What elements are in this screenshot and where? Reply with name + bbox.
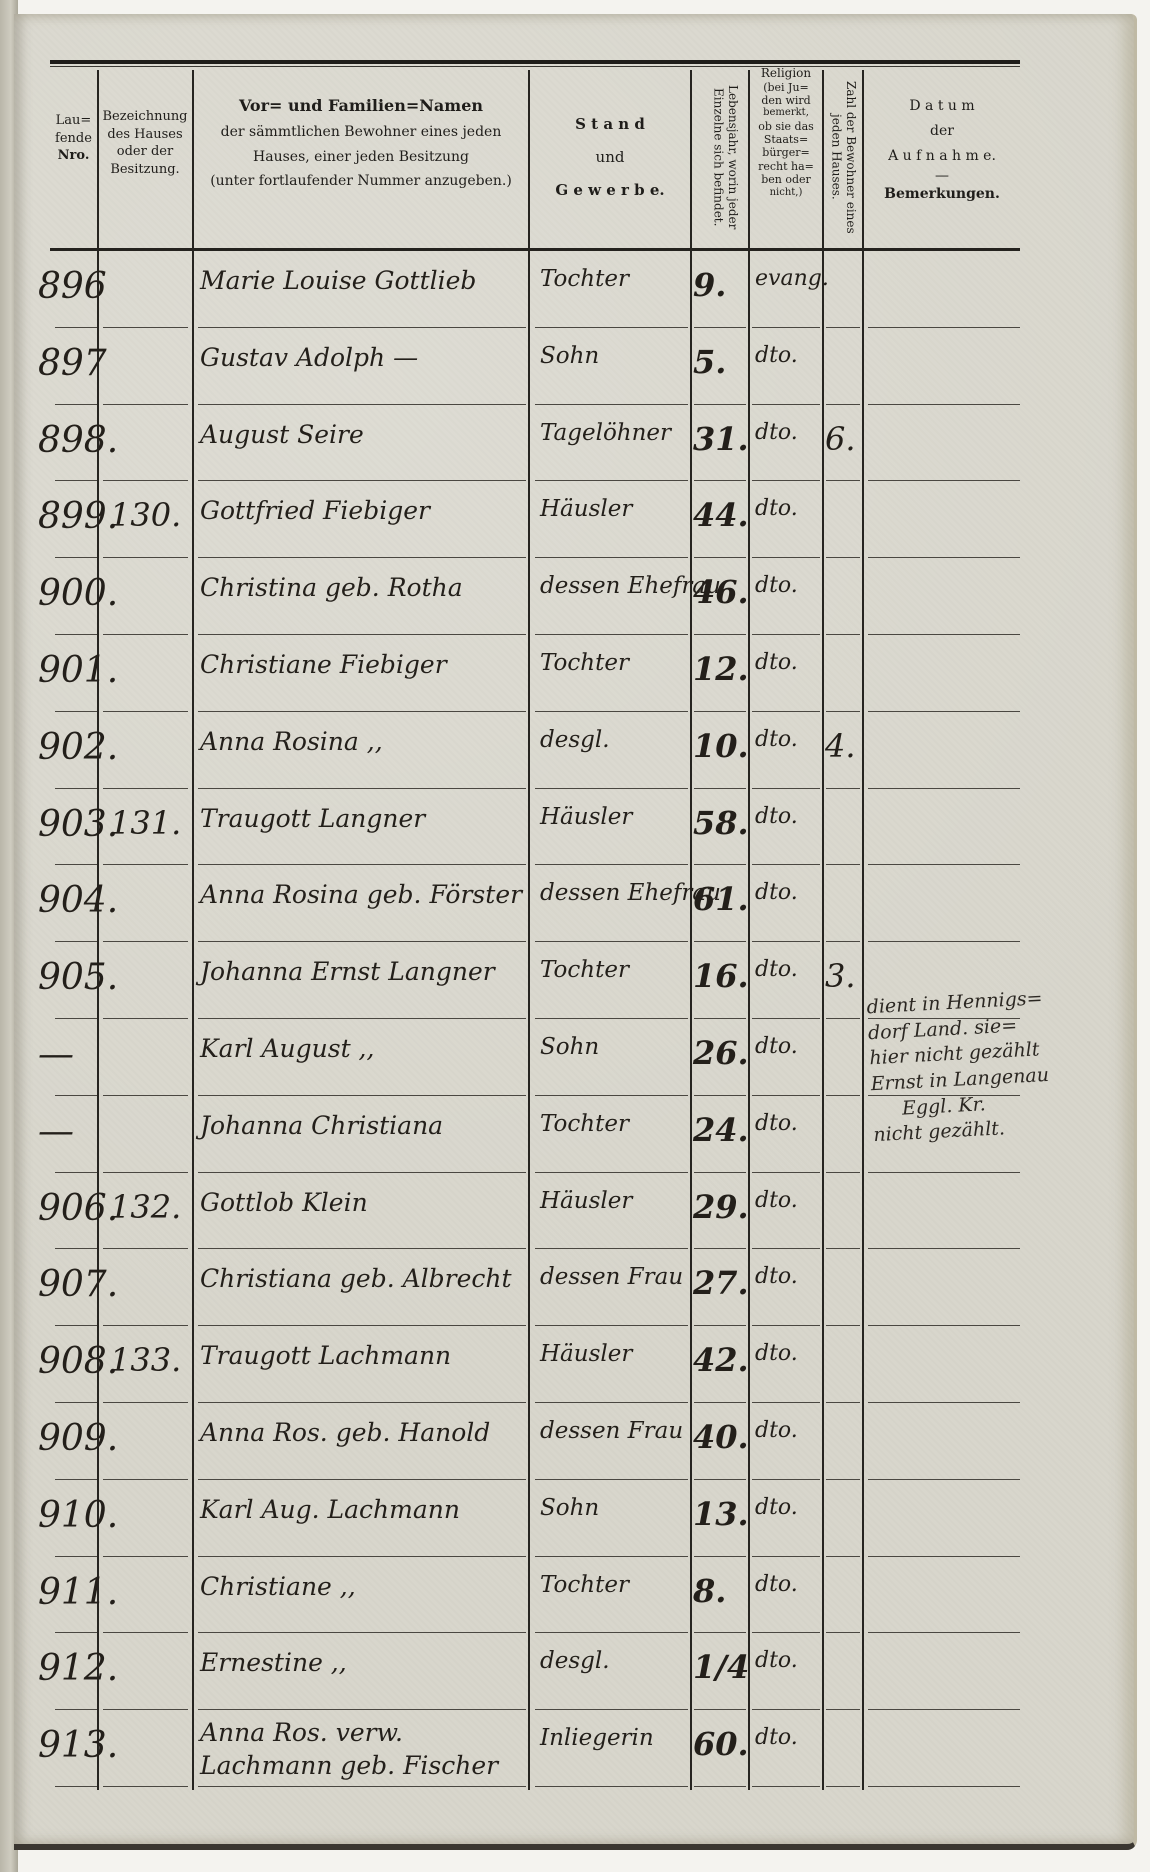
row-rule	[868, 1556, 1020, 1557]
row-rule	[198, 1786, 526, 1787]
occupation: Tochter	[540, 266, 690, 292]
resident-name: Christiana geb. Albrecht	[200, 1264, 525, 1293]
row-number: 913.	[38, 1725, 98, 1766]
header-namen: Vor= und Familien=Namen der sämmtlichen …	[194, 92, 528, 194]
occupation: Inliegerin	[540, 1725, 690, 1751]
row-rule	[103, 1632, 188, 1633]
row-rule	[103, 788, 188, 789]
row-number: 902.	[38, 727, 98, 768]
row-rule	[752, 327, 820, 328]
row-rule	[868, 634, 1020, 635]
row-rule	[826, 1095, 860, 1096]
occupation: dessen Frau	[540, 1418, 690, 1444]
row-rule	[198, 1632, 526, 1633]
age: 13.	[693, 1495, 748, 1533]
resident-name: Anna Ros. geb. Hanold	[200, 1418, 525, 1447]
row-rule	[55, 941, 97, 942]
row-rule	[752, 1248, 820, 1249]
row-rule	[694, 1248, 746, 1249]
resident-name: Johanna Ernst Langner	[200, 957, 525, 986]
header-lebensjahr: Lebensjahr, worin jeder Einzelne sich be…	[700, 68, 740, 246]
resident-name: Christiane Fiebiger	[200, 650, 525, 679]
age: 16.	[693, 957, 748, 995]
occupation: Tochter	[540, 957, 690, 983]
row-rule	[55, 634, 97, 635]
row-rule	[535, 327, 688, 328]
occupation: Tochter	[540, 1572, 690, 1598]
remarks-note: dient in Hennigs= dorf Land. sie= hier n…	[866, 985, 1074, 1149]
row-rule	[868, 864, 1020, 865]
row-rule	[535, 634, 688, 635]
row-rule	[868, 557, 1020, 558]
row-rule	[826, 1402, 860, 1403]
religion: dto.	[755, 1725, 825, 1750]
row-rule	[103, 404, 188, 405]
resident-name: Johanna Christiana	[200, 1111, 525, 1140]
occupation: Sohn	[540, 1034, 690, 1060]
resident-name: Karl August ,,	[200, 1034, 525, 1063]
row-rule	[55, 1556, 97, 1557]
row-rule	[868, 1402, 1020, 1403]
row-rule	[826, 1709, 860, 1710]
resident-name: Marie Louise Gottlieb	[200, 266, 525, 295]
age: 46.	[693, 573, 748, 611]
occupation: Tochter	[540, 650, 690, 676]
row-rule	[694, 1632, 746, 1633]
age: 42.	[693, 1341, 748, 1379]
row-rule	[826, 711, 860, 712]
row-number: —	[38, 1111, 98, 1152]
row-rule	[826, 864, 860, 865]
row-rule	[55, 1018, 97, 1019]
row-rule	[694, 711, 746, 712]
house-number: 131.	[110, 804, 190, 842]
row-number: 900.	[38, 573, 98, 614]
age: 29.	[693, 1188, 748, 1226]
row-rule	[868, 1786, 1020, 1787]
row-rule	[752, 1556, 820, 1557]
row-rule	[103, 1172, 188, 1173]
religion: dto.	[755, 1034, 825, 1059]
row-rule	[103, 1479, 188, 1480]
row-rule	[868, 1172, 1020, 1173]
resident-name: Gottfried Fiebiger	[200, 496, 525, 525]
row-rule	[198, 1556, 526, 1557]
row-rule	[826, 941, 860, 942]
row-rule	[55, 1325, 97, 1326]
occupation: Häusler	[540, 804, 690, 830]
row-rule	[55, 480, 97, 481]
row-rule	[868, 1248, 1020, 1249]
row-rule	[826, 1325, 860, 1326]
age: 27.	[693, 1264, 748, 1302]
row-rule	[55, 557, 97, 558]
row-rule	[694, 1479, 746, 1480]
row-number: 906.	[38, 1188, 98, 1229]
row-rule	[694, 634, 746, 635]
row-rule	[535, 1479, 688, 1480]
row-rule	[55, 864, 97, 865]
row-rule	[826, 404, 860, 405]
row-rule	[55, 404, 97, 405]
occupation: dessen Ehefrau	[540, 573, 690, 599]
occupation: Häusler	[540, 1188, 690, 1214]
religion: dto.	[755, 1648, 825, 1673]
religion: dto.	[755, 880, 825, 905]
row-rule	[535, 1018, 688, 1019]
resident-name: Karl Aug. Lachmann	[200, 1495, 525, 1524]
row-rule	[826, 557, 860, 558]
header-haus: Bezeichnung des Hauses oder der Besitzun…	[98, 108, 192, 178]
resident-name: Christina geb. Rotha	[200, 573, 525, 602]
occupation: desgl.	[540, 727, 690, 753]
row-rule	[535, 1248, 688, 1249]
occupation: Tochter	[540, 1111, 690, 1137]
row-number: 903.	[38, 804, 98, 845]
row-rule	[868, 711, 1020, 712]
row-rule	[752, 864, 820, 865]
row-rule	[55, 1172, 97, 1173]
row-number: 898.	[38, 420, 98, 461]
row-rule	[694, 1556, 746, 1557]
row-rule	[826, 1018, 860, 1019]
row-rule	[55, 327, 97, 328]
header-religion: Religion (bei Ju= den wird bemerkt, ob s…	[750, 66, 822, 199]
resident-name: Traugott Lachmann	[200, 1341, 525, 1370]
row-rule	[826, 634, 860, 635]
row-rule	[694, 480, 746, 481]
row-rule	[868, 404, 1020, 405]
row-rule	[694, 864, 746, 865]
row-rule	[198, 557, 526, 558]
age: 31.	[693, 420, 748, 458]
row-rule	[103, 1786, 188, 1787]
age: 1/4	[693, 1648, 748, 1686]
col-divider-haus	[192, 70, 194, 1790]
household-count: 6.	[825, 420, 860, 458]
row-rule	[198, 1479, 526, 1480]
age: 26.	[693, 1034, 748, 1072]
row-number: 896	[38, 266, 98, 307]
row-rule	[103, 1018, 188, 1019]
age: 24.	[693, 1111, 748, 1149]
row-rule	[103, 1095, 188, 1096]
row-rule	[752, 711, 820, 712]
row-number: 907.	[38, 1264, 98, 1305]
row-rule	[868, 327, 1020, 328]
age: 5.	[693, 343, 748, 381]
house-number: 133.	[110, 1341, 190, 1379]
religion: dto.	[755, 1418, 825, 1443]
row-rule	[535, 1786, 688, 1787]
row-rule	[55, 1709, 97, 1710]
row-rule	[535, 1556, 688, 1557]
row-rule	[55, 1402, 97, 1403]
row-rule	[752, 1402, 820, 1403]
header-bottom-rule	[50, 248, 1020, 251]
row-rule	[752, 1095, 820, 1096]
row-rule	[55, 1248, 97, 1249]
religion: evang.	[755, 266, 825, 291]
row-rule	[868, 1632, 1020, 1633]
religion: dto.	[755, 804, 825, 829]
row-rule	[826, 1248, 860, 1249]
age: 58.	[693, 804, 748, 842]
row-rule	[103, 557, 188, 558]
row-rule	[198, 941, 526, 942]
row-number: 909.	[38, 1418, 98, 1459]
row-rule	[55, 711, 97, 712]
row-rule	[103, 480, 188, 481]
row-rule	[103, 864, 188, 865]
age: 60.	[693, 1725, 748, 1763]
row-number: 912.	[38, 1648, 98, 1689]
occupation: desgl.	[540, 1648, 690, 1674]
row-rule	[826, 1632, 860, 1633]
household-count: 4.	[825, 727, 860, 765]
row-rule	[694, 1172, 746, 1173]
resident-name: Anna Rosina geb. Förster	[200, 880, 525, 909]
age: 40.	[693, 1418, 748, 1456]
row-rule	[752, 557, 820, 558]
religion: dto.	[755, 1495, 825, 1520]
col-divider-stand	[690, 70, 692, 1790]
age: 9.	[693, 266, 748, 304]
row-rule	[694, 1325, 746, 1326]
row-rule	[694, 404, 746, 405]
row-rule	[198, 1709, 526, 1710]
row-rule	[103, 711, 188, 712]
resident-name: Ernestine ,,	[200, 1648, 525, 1677]
row-rule	[535, 557, 688, 558]
col-divider-namen	[528, 70, 530, 1790]
row-rule	[826, 1556, 860, 1557]
row-rule	[826, 480, 860, 481]
row-rule	[535, 711, 688, 712]
occupation: Tagelöhner	[540, 420, 690, 446]
row-rule	[198, 711, 526, 712]
household-count: 3.	[825, 957, 860, 995]
row-rule	[868, 941, 1020, 942]
religion: dto.	[755, 650, 825, 675]
row-rule	[752, 1709, 820, 1710]
row-rule	[103, 1556, 188, 1557]
row-rule	[535, 1172, 688, 1173]
row-number: 908.	[38, 1341, 98, 1382]
religion: dto.	[755, 727, 825, 752]
religion: dto.	[755, 1264, 825, 1289]
age: 8.	[693, 1572, 748, 1610]
row-rule	[535, 1095, 688, 1096]
header-datum: D a t u m der A u f n a h m e. — Bemerku…	[864, 94, 1020, 207]
row-number: 905.	[38, 957, 98, 998]
header-nro: Lau= fende Nro.	[50, 112, 97, 165]
age: 44.	[693, 496, 748, 534]
row-rule	[868, 1325, 1020, 1326]
row-rule	[198, 864, 526, 865]
row-rule	[535, 941, 688, 942]
row-number: 904.	[38, 880, 98, 921]
row-rule	[198, 1402, 526, 1403]
row-number: 911.	[38, 1572, 98, 1613]
occupation: Häusler	[540, 1341, 690, 1367]
row-rule	[103, 1325, 188, 1326]
resident-name: Anna Ros. verw. Lachmann geb. Fischer	[200, 1717, 525, 1782]
row-number: 897	[38, 343, 98, 384]
row-rule	[694, 941, 746, 942]
row-rule	[535, 788, 688, 789]
row-number: 910.	[38, 1495, 98, 1536]
row-rule	[868, 1709, 1020, 1710]
row-rule	[55, 788, 97, 789]
row-rule	[752, 1786, 820, 1787]
resident-name: Anna Rosina ,,	[200, 727, 525, 756]
religion: dto.	[755, 420, 825, 445]
row-rule	[535, 480, 688, 481]
age: 61.	[693, 880, 748, 918]
row-rule	[535, 1632, 688, 1633]
resident-name: August Seire	[200, 420, 525, 449]
row-rule	[103, 1248, 188, 1249]
row-number: —	[38, 1034, 98, 1075]
row-rule	[198, 327, 526, 328]
religion: dto.	[755, 573, 825, 598]
row-rule	[198, 1018, 526, 1019]
row-rule	[694, 327, 746, 328]
row-rule	[752, 1018, 820, 1019]
row-rule	[752, 404, 820, 405]
occupation: Sohn	[540, 1495, 690, 1521]
occupation: dessen Ehefrau	[540, 880, 690, 906]
row-rule	[752, 788, 820, 789]
row-rule	[198, 404, 526, 405]
row-rule	[535, 864, 688, 865]
row-rule	[694, 1709, 746, 1710]
row-rule	[694, 1018, 746, 1019]
resident-name: Gottlob Klein	[200, 1188, 525, 1217]
age: 12.	[693, 650, 748, 688]
row-rule	[198, 1095, 526, 1096]
row-rule	[694, 1095, 746, 1096]
col-divider-religion	[822, 70, 824, 1790]
row-rule	[55, 1786, 97, 1787]
resident-name: Christiane ,,	[200, 1572, 525, 1601]
row-rule	[103, 634, 188, 635]
row-rule	[694, 557, 746, 558]
religion: dto.	[755, 1111, 825, 1136]
row-rule	[868, 1479, 1020, 1480]
house-number: 132.	[110, 1188, 190, 1226]
resident-name: Traugott Langner	[200, 804, 525, 833]
row-rule	[826, 327, 860, 328]
religion: dto.	[755, 1572, 825, 1597]
religion: dto.	[755, 1188, 825, 1213]
row-rule	[55, 1632, 97, 1633]
row-rule	[103, 1709, 188, 1710]
row-rule	[535, 1402, 688, 1403]
row-rule	[55, 1479, 97, 1480]
religion: dto.	[755, 343, 825, 368]
row-rule	[826, 788, 860, 789]
header-stand: S t a n d und G e w e r b e.	[530, 108, 690, 207]
row-rule	[55, 1095, 97, 1096]
row-rule	[535, 404, 688, 405]
row-rule	[198, 788, 526, 789]
resident-name: Gustav Adolph —	[200, 343, 525, 372]
row-rule	[694, 788, 746, 789]
row-rule	[198, 480, 526, 481]
row-rule	[868, 788, 1020, 789]
occupation: Sohn	[540, 343, 690, 369]
row-rule	[198, 1172, 526, 1173]
col-divider-zahl	[862, 70, 864, 1790]
row-rule	[694, 1786, 746, 1787]
top-rule-thin	[50, 66, 1020, 67]
row-rule	[826, 1786, 860, 1787]
row-rule	[694, 1402, 746, 1403]
house-number: 130.	[110, 496, 190, 534]
row-rule	[535, 1325, 688, 1326]
religion: dto.	[755, 957, 825, 982]
row-rule	[752, 1325, 820, 1326]
row-rule	[826, 1172, 860, 1173]
row-rule	[752, 1632, 820, 1633]
row-number: 901.	[38, 650, 98, 691]
row-rule	[535, 1709, 688, 1710]
row-rule	[752, 634, 820, 635]
top-rule	[50, 60, 1020, 64]
row-rule	[868, 480, 1020, 481]
age: 10.	[693, 727, 748, 765]
religion: dto.	[755, 1341, 825, 1366]
row-rule	[752, 1172, 820, 1173]
header-zahl: Zahl der Bewohner eines jeden Hauses.	[828, 72, 858, 242]
row-rule	[198, 1248, 526, 1249]
row-rule	[752, 480, 820, 481]
row-rule	[752, 941, 820, 942]
row-number: 899.	[38, 496, 98, 537]
row-rule	[103, 327, 188, 328]
row-rule	[198, 634, 526, 635]
row-rule	[752, 1479, 820, 1480]
row-rule	[198, 1325, 526, 1326]
occupation: Häusler	[540, 496, 690, 522]
row-rule	[826, 1479, 860, 1480]
row-rule	[103, 1402, 188, 1403]
religion: dto.	[755, 496, 825, 521]
occupation: dessen Frau	[540, 1264, 690, 1290]
row-rule	[103, 941, 188, 942]
